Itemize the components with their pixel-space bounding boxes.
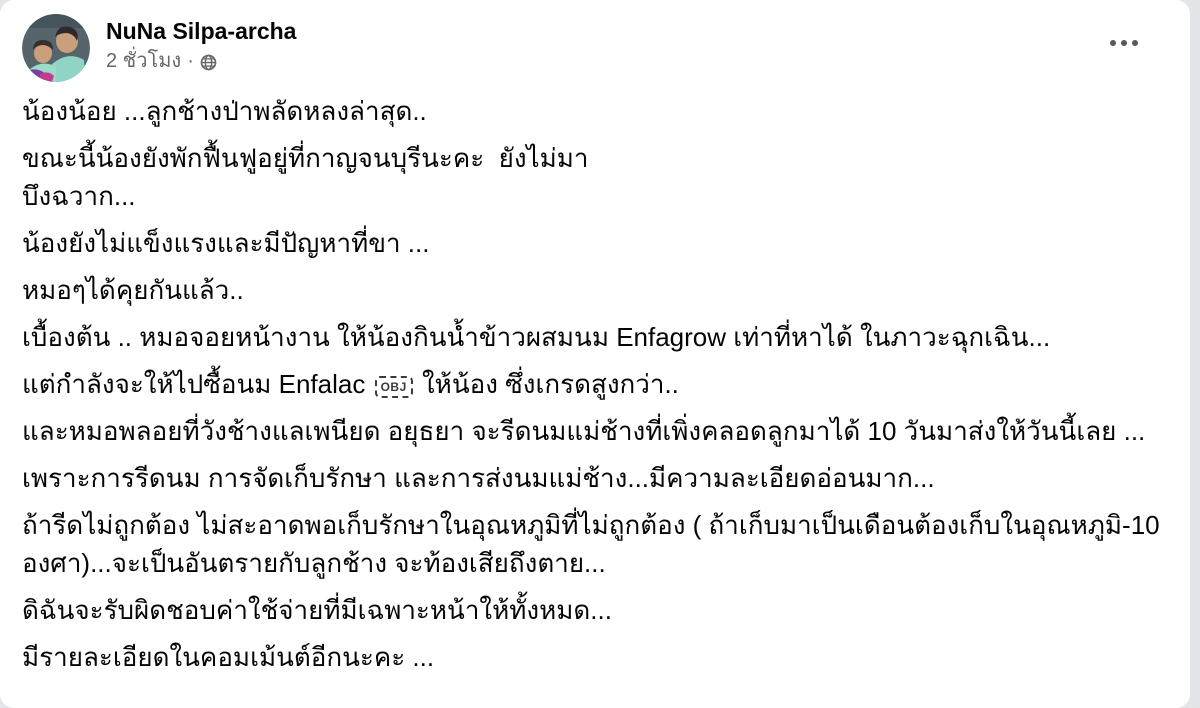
meta-separator: ·	[187, 49, 194, 73]
avatar-photo	[22, 14, 90, 82]
post-menu-button[interactable]	[1106, 32, 1142, 54]
post-paragraph: น้องน้อย ...ลูกช้างป่าพลัดหลงล่าสุด..	[22, 92, 1168, 130]
object-replacement-box: OBJ	[375, 376, 413, 398]
avatar[interactable]	[22, 14, 90, 82]
header-text: NuNa Silpa-archa 2 ชั่วโมง ·	[106, 14, 296, 73]
post-paragraph: หมอๆได้คุยกันแล้ว..	[22, 271, 1168, 309]
author-name[interactable]: NuNa Silpa-archa	[106, 17, 296, 45]
post-paragraph: และหมอพลอยที่วังช้างแลเพนียด อยุธยา จะรี…	[22, 412, 1168, 450]
ellipsis-icon	[1121, 40, 1127, 46]
post-paragraph: ขณะนี้น้องยังพักฟื้นฟูอยู่ที่กาญจนบุรีนะ…	[22, 139, 1168, 215]
post-paragraph: ดิฉันจะรับผิดชอบค่าใช้จ่ายที่มีเฉพาะหน้า…	[22, 591, 1168, 629]
globe-icon	[200, 52, 217, 71]
post-paragraph: มีรายละเอียดในคอมเม้นต์อีกนะคะ ...	[22, 638, 1168, 676]
post-paragraph: ถ้ารีดไม่ถูกต้อง ไม่สะอาดพอเก็บรักษาในอุ…	[22, 506, 1168, 582]
post-paragraph: เบื้องต้น .. หมอจอยหน้างาน ให้น้องกินน้ำ…	[22, 318, 1168, 356]
ellipsis-icon	[1110, 40, 1116, 46]
post-paragraph: น้องยังไม่แข็งแรงและมีปัญหาที่ขา ...	[22, 224, 1168, 262]
post-content: น้องน้อย ...ลูกช้างป่าพลัดหลงล่าสุด..ขณะ…	[0, 86, 1190, 676]
post-card: NuNa Silpa-archa 2 ชั่วโมง ·	[0, 0, 1190, 708]
post-timestamp[interactable]: 2 ชั่วโมง	[106, 49, 181, 73]
post-paragraph: เพราะการรีดนม การจัดเก็บรักษา และการส่งน…	[22, 459, 1168, 497]
ellipsis-icon	[1132, 40, 1138, 46]
post-paragraph: แต่กำลังจะให้ไปซื้อนม Enfalac OBJ ให้น้อ…	[22, 365, 1168, 403]
post-meta: 2 ชั่วโมง ·	[106, 49, 296, 73]
post-header: NuNa Silpa-archa 2 ชั่วโมง ·	[0, 0, 1190, 86]
